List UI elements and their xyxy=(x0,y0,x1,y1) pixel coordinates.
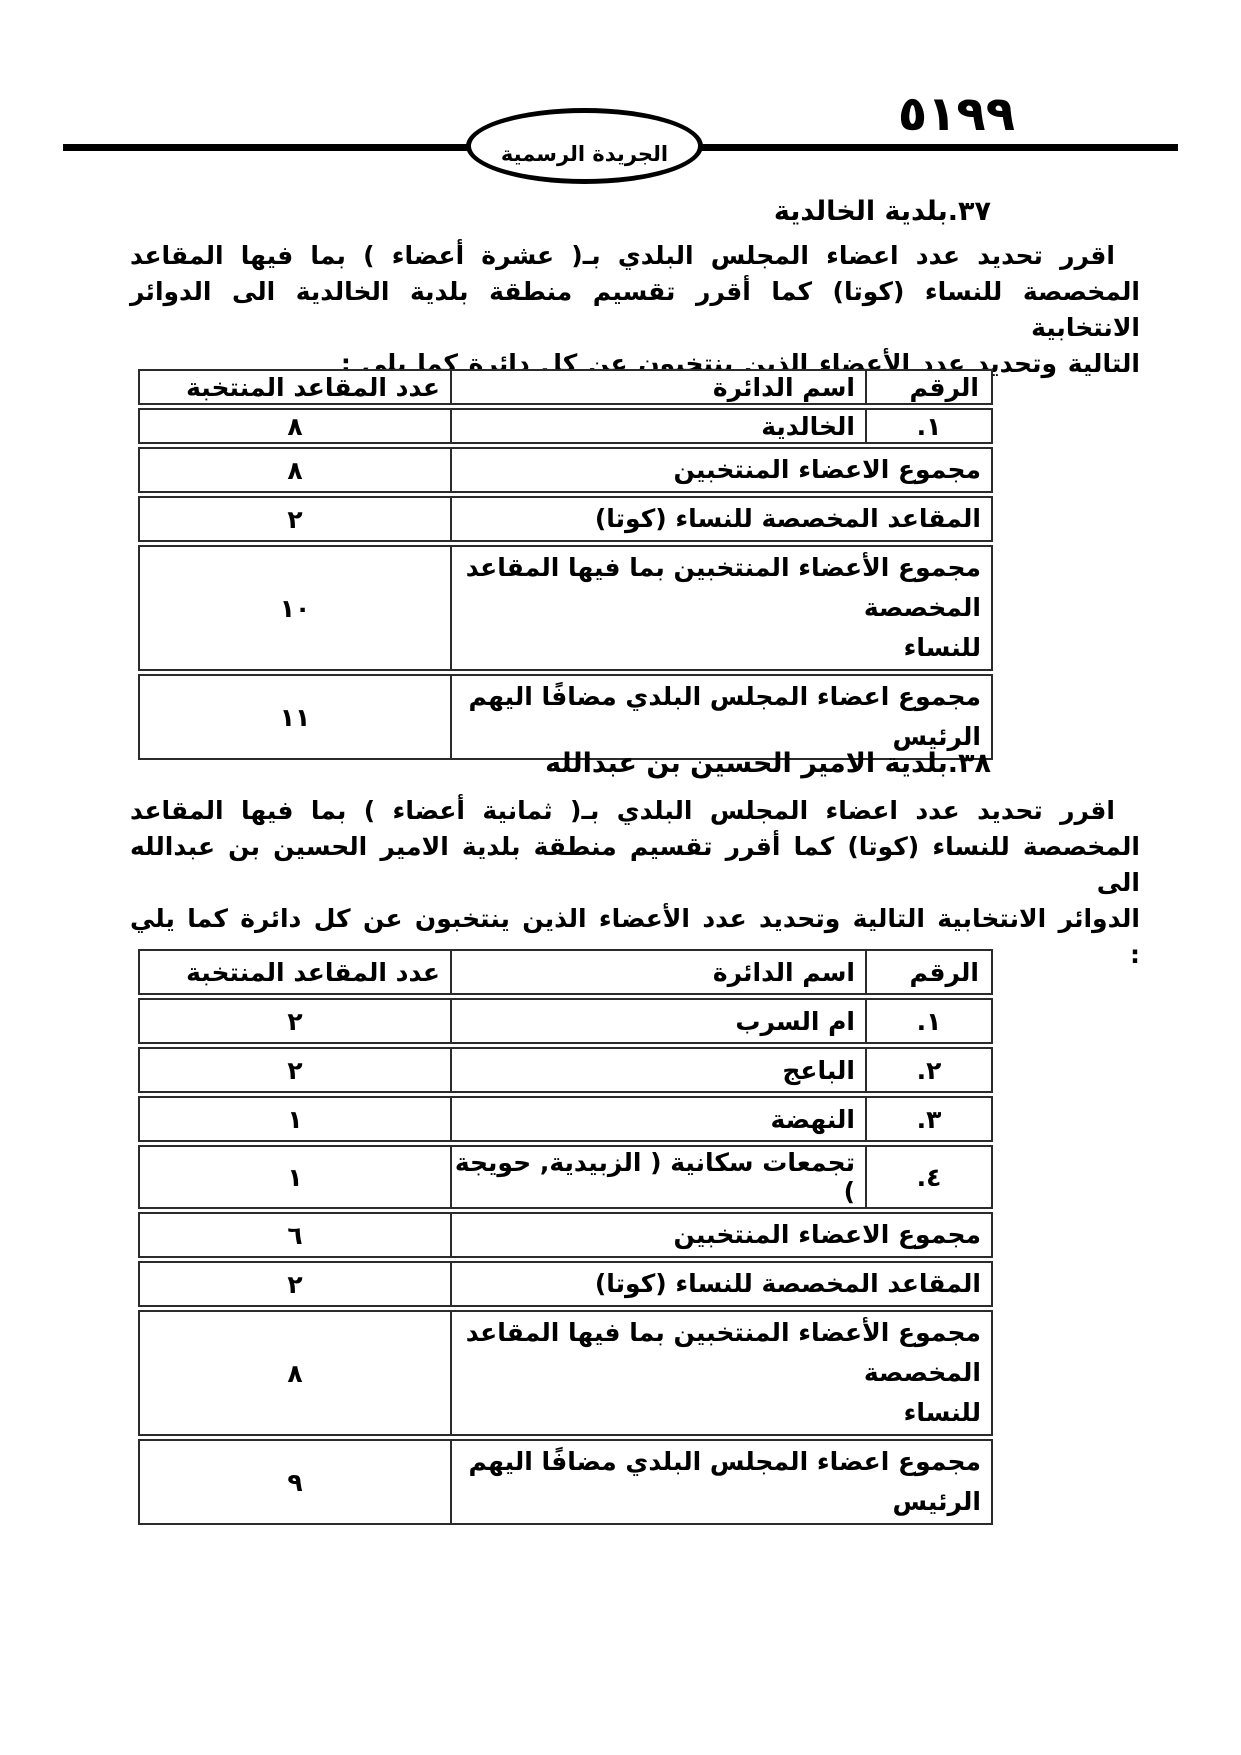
paragraph-line: المخصصة للنساء (كوتا) كما أقرر تقسيم منط… xyxy=(130,274,1140,346)
section-37-paragraph: اقرر تحديد عدد اعضاء المجلس البلدي بـ( ع… xyxy=(130,238,1140,382)
table-row: ٤. تجمعات سكانية ( الزبيدية, حويجة ) ١ xyxy=(138,1145,993,1209)
header-district: اسم الدائرة xyxy=(450,369,865,405)
gazette-masthead-badge: الجريدة الرسمية xyxy=(466,108,703,184)
section-38-table: الرقم اسم الدائرة عدد المقاعد المنتخبة ١… xyxy=(138,946,993,1528)
district-seats: ٢ xyxy=(138,1047,450,1093)
table-row: ١. ام السرب ٢ xyxy=(138,998,993,1044)
summary-value: ٦ xyxy=(138,1212,450,1258)
summary-label: المقاعد المخصصة للنساء (كوتا) xyxy=(450,496,993,542)
header-district: اسم الدائرة xyxy=(450,949,865,995)
section-37-table: الرقم اسم الدائرة عدد المقاعد المنتخبة ١… xyxy=(138,366,993,763)
district-rank: ٣. xyxy=(865,1096,993,1142)
paragraph-line: اقرر تحديد عدد اعضاء المجلس البلدي بـ( ث… xyxy=(130,793,1140,829)
summary-value: ٨ xyxy=(138,447,450,493)
header-rank: الرقم xyxy=(865,949,993,995)
summary-label: المقاعد المخصصة للنساء (كوتا) xyxy=(450,1261,993,1307)
table-row: ١. الخالدية ٨ xyxy=(138,408,993,444)
table-summary-row: مجموع الأعضاء المنتخبين بما فيها المقاعد… xyxy=(138,1310,993,1436)
summary-label: مجموع اعضاء المجلس البلدي مضافًا اليهم ا… xyxy=(450,1439,993,1525)
summary-value: ١٠ xyxy=(138,545,450,671)
section-38-title: ٣٨.بلدية الامير الحسين بن عبدالله xyxy=(545,748,991,780)
page-number: ٥١٩٩ xyxy=(898,90,1015,138)
table-summary-row: المقاعد المخصصة للنساء (كوتا) ٢ xyxy=(138,1261,993,1307)
summary-value: ٨ xyxy=(138,1310,450,1436)
table-summary-row: مجموع اعضاء المجلس البلدي مضافًا اليهم ا… xyxy=(138,1439,993,1525)
table-header-row: الرقم اسم الدائرة عدد المقاعد المنتخبة xyxy=(138,949,993,995)
paragraph-line: المخصصة للنساء (كوتا) كما أقرر تقسيم منط… xyxy=(130,829,1140,901)
table-summary-row: مجموع الاعضاء المنتخبين ٦ xyxy=(138,1212,993,1258)
header-rank: الرقم xyxy=(865,369,993,405)
district-name: النهضة xyxy=(450,1096,865,1142)
summary-label: مجموع الاعضاء المنتخبين xyxy=(450,447,993,493)
header-seats: عدد المقاعد المنتخبة xyxy=(138,949,450,995)
summary-label: مجموع الاعضاء المنتخبين xyxy=(450,1212,993,1258)
district-name: ام السرب xyxy=(450,998,865,1044)
table-row: ٢. الباعج ٢ xyxy=(138,1047,993,1093)
summary-label: مجموع الأعضاء المنتخبين بما فيها المقاعد… xyxy=(450,545,993,671)
summary-label: مجموع الأعضاء المنتخبين بما فيها المقاعد… xyxy=(450,1310,993,1436)
district-rank: ٤. xyxy=(865,1145,993,1209)
summary-value: ٢ xyxy=(138,1261,450,1307)
district-seats: ١ xyxy=(138,1096,450,1142)
section-37-title: ٣٧.بلدية الخالدية xyxy=(774,196,991,228)
district-rank: ١. xyxy=(865,998,993,1044)
district-name: تجمعات سكانية ( الزبيدية, حويجة ) xyxy=(450,1145,865,1209)
summary-value: ٢ xyxy=(138,496,450,542)
district-name: الباعج xyxy=(450,1047,865,1093)
table-header-row: الرقم اسم الدائرة عدد المقاعد المنتخبة xyxy=(138,369,993,405)
district-seats: ١ xyxy=(138,1145,450,1209)
district-seats: ٨ xyxy=(138,408,450,444)
paragraph-line: اقرر تحديد عدد اعضاء المجلس البلدي بـ( ع… xyxy=(130,238,1140,274)
district-rank: ١. xyxy=(865,408,993,444)
table-summary-row: المقاعد المخصصة للنساء (كوتا) ٢ xyxy=(138,496,993,542)
header-seats: عدد المقاعد المنتخبة xyxy=(138,369,450,405)
summary-value: ٩ xyxy=(138,1439,450,1525)
table-summary-row: مجموع الاعضاء المنتخبين ٨ xyxy=(138,447,993,493)
district-name: الخالدية xyxy=(450,408,865,444)
table-summary-row: مجموع الأعضاء المنتخبين بما فيها المقاعد… xyxy=(138,545,993,671)
table-row: ٣. النهضة ١ xyxy=(138,1096,993,1142)
gazette-masthead-label: الجريدة الرسمية xyxy=(501,142,668,166)
gazette-page: ٥١٩٩ الجريدة الرسمية ٣٧.بلدية الخالدية ا… xyxy=(0,0,1241,1755)
district-seats: ٢ xyxy=(138,998,450,1044)
district-rank: ٢. xyxy=(865,1047,993,1093)
summary-value: ١١ xyxy=(138,674,450,760)
